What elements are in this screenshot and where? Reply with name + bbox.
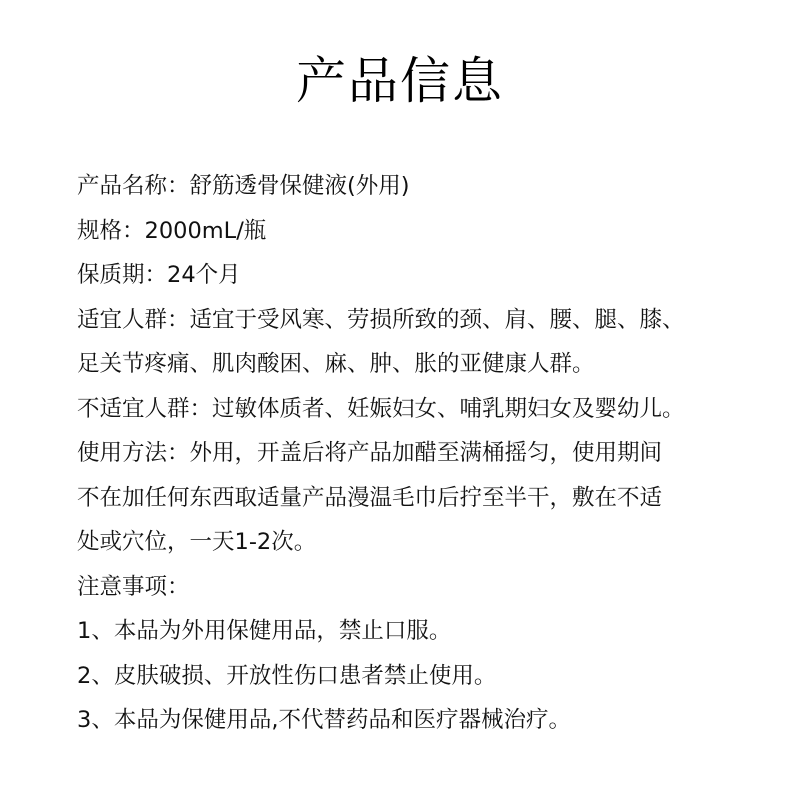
page-title: 产品信息	[0, 50, 800, 112]
note-item-3: 3、本品为保健用品,不代替药品和医疗器械治疗。	[77, 698, 757, 743]
shelf-life: 保质期：24个月	[77, 253, 757, 298]
unsuitable-population: 不适宜人群：过敏体质者、妊娠妇女、哺乳期妇女及婴幼儿。	[77, 387, 757, 432]
notes-heading: 注意事项：	[77, 565, 757, 610]
suitable-population-line-2: 足关节疼痛、肌肉酸困、麻、肿、胀的亚健康人群。	[77, 342, 757, 387]
usage-method-line-2: 不在加任何东西取适量产品漫温毛巾后拧至半干，敷在不适	[77, 476, 757, 521]
product-name: 产品名称：舒筋透骨保健液(外用)	[77, 164, 757, 209]
usage-method-line-3: 处或穴位，一天1-2次。	[77, 520, 757, 565]
note-item-1: 1、本品为外用保健用品，禁止口服。	[77, 609, 757, 654]
suitable-population-line-1: 适宜人群：适宜于受风寒、劳损所致的颈、肩、腰、腿、膝、	[77, 298, 757, 343]
usage-method-line-1: 使用方法：外用，开盖后将产品加醋至满桶摇匀，使用期间	[77, 431, 757, 476]
specification: 规格：2000mL/瓶	[77, 209, 757, 254]
product-info-body: 产品名称：舒筋透骨保健液(外用) 规格：2000mL/瓶 保质期：24个月 适宜…	[77, 164, 757, 743]
note-item-2: 2、皮肤破损、开放性伤口患者禁止使用。	[77, 654, 757, 699]
